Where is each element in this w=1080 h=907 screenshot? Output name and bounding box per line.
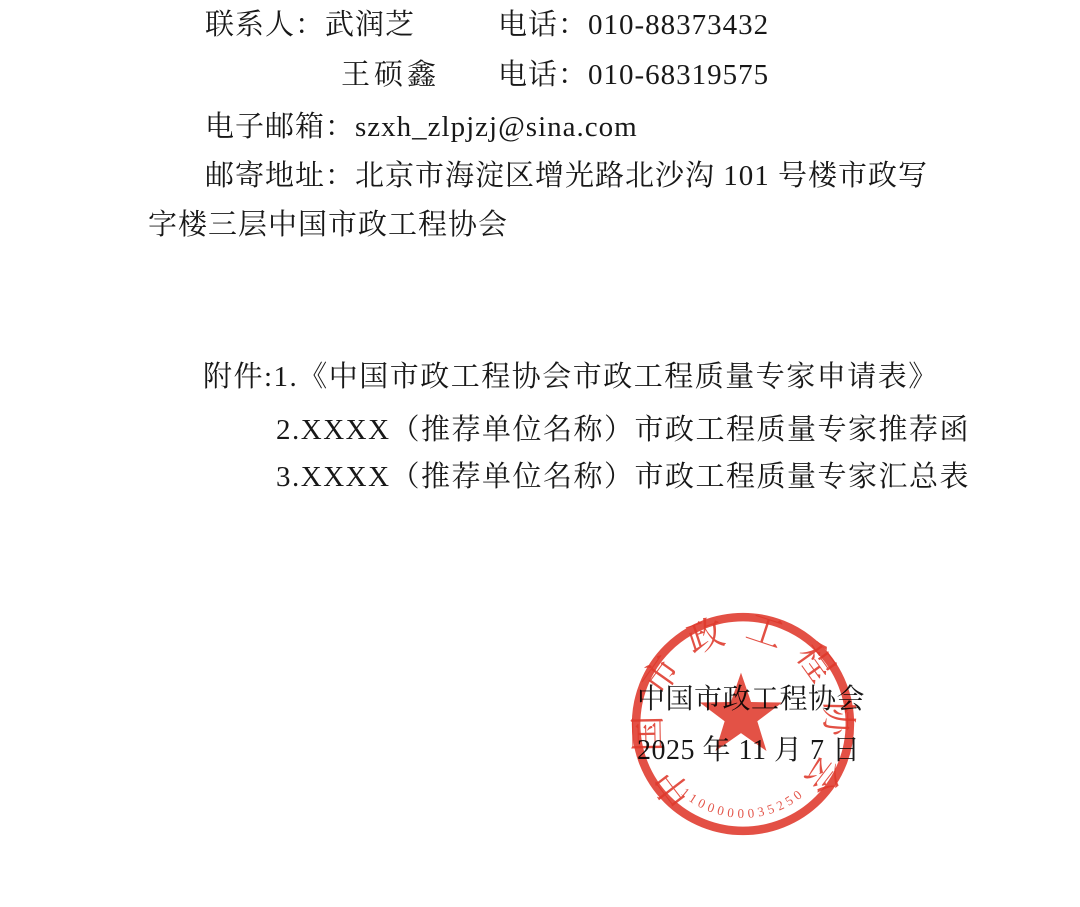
attachment-line-3: 3.XXXX（推荐单位名称）市政工程质量专家汇总表 bbox=[276, 462, 970, 492]
email-line: 电子邮箱：szxh_zlpjzj@sina.com bbox=[205, 112, 638, 142]
official-seal-stamp: 中国市政工程协会 1100000035250 bbox=[622, 603, 864, 845]
seal-star-icon bbox=[700, 673, 782, 751]
attachment-line-1: 附件:1.《中国市政工程协会市政工程质量专家申请表》 bbox=[203, 362, 939, 392]
contact-phone-2: 电话：010-68319575 bbox=[498, 60, 769, 90]
address-line-1: 邮寄地址：北京市海淀区增光路北沙沟 101 号楼市政写 bbox=[205, 161, 928, 191]
contact-person-line: 联系人：武润芝 bbox=[205, 10, 415, 40]
scanned-letter-page: 联系人：武润芝 电话：010-88373432 王硕鑫 电话：010-68319… bbox=[0, 0, 1080, 907]
attachment-line-2: 2.XXXX（推荐单位名称）市政工程质量专家推荐函 bbox=[276, 415, 970, 445]
contact-phone-1: 电话：010-88373432 bbox=[498, 10, 769, 40]
address-line-2: 字楼三层中国市政工程协会 bbox=[148, 210, 508, 240]
contact-person-2: 王硕鑫 bbox=[341, 60, 440, 90]
